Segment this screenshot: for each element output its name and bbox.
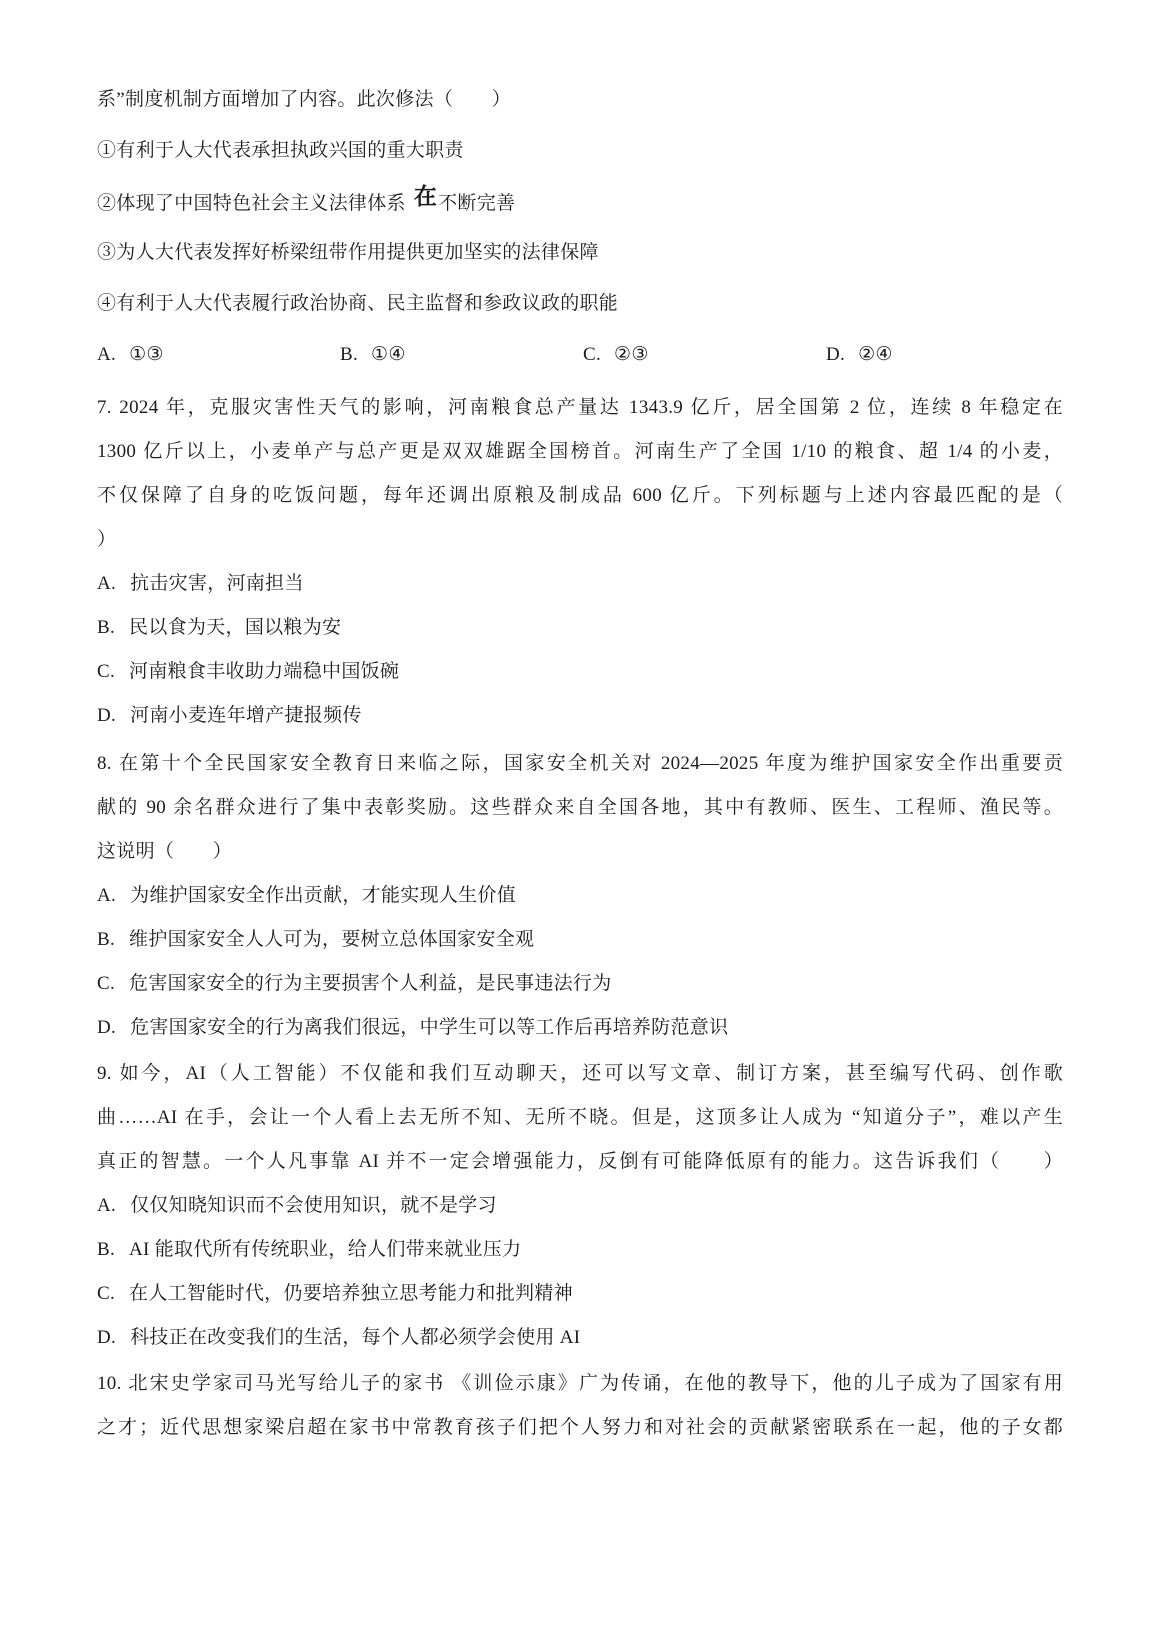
statement-2-pre: ②体现了中国特色社会主义法律体系 [97,193,406,214]
option-text: 抗击灾害，河南担当 [130,573,304,594]
choice-text: ①④ [371,344,406,365]
option-letter: C. [97,1272,115,1316]
question-7-option-c: C.河南粮食丰收助力端稳中国饭碗 [97,650,1063,694]
choice-text: ②③ [614,344,649,365]
question-6-statement-4: ④有利于人大代表履行政治协商、民主监督和参政议政的职能 [97,278,1063,329]
statement-2-post: 不断完善 [438,193,515,214]
option-text: 河南小麦连年增产捷报频传 [130,705,362,726]
question-7: 7. 2024 年，克服灾害性天气的影响，河南粮食总产量达 1343.9 亿斤，… [97,386,1063,738]
option-letter: A. [97,1184,116,1228]
option-text: 在人工智能时代，仍要培养独立思考能力和批判精神 [129,1283,573,1304]
option-text: 河南粮食丰收助力端稳中国饭碗 [129,661,399,682]
option-text: 仅仅知晓知识而不会使用知识，就不是学习 [130,1195,497,1216]
choice-text: ①③ [129,344,164,365]
question-9-option-c: C.在人工智能时代，仍要培养独立思考能力和批判精神 [97,1272,1063,1316]
question-8-option-d: D.危害国家安全的行为离我们很远，中学生可以等工作后再培养防范意识 [97,1006,1063,1050]
question-9-stem-line-3: 真正的智慧。一个人凡事靠 AI 并不一定会增强能力，反倒有可能降低原有的能力。这… [97,1140,1063,1184]
question-9: 9. 如今，AI（人工智能）不仅能和我们互动聊天，还可以写文章、制订方案，甚至编… [97,1052,1063,1360]
statement-2-emphasis-char: 在 [414,184,437,209]
option-letter: B. [97,1228,115,1272]
question-8-option-a: A.为维护国家安全作出贡献，才能实现人生价值 [97,874,1063,918]
option-text: 为维护国家安全作出贡献，才能实现人生价值 [130,885,516,906]
choice-letter: A. [97,329,116,380]
question-7-stem-line-3: 不仅保障了自身的吃饭问题，每年还调出原粮及制成品 600 亿斤。下列标题与上述内… [97,474,1063,518]
question-6-statement-2: ②体现了中国特色社会主义法律体系在不断完善 [97,176,1063,227]
question-7-option-d: D.河南小麦连年增产捷报频传 [97,694,1063,738]
question-8-stem-line-1: 8. 在第十个全民国家安全教育日来临之际，国家安全机关对 2024—2025 年… [97,742,1063,786]
choice-letter: B. [340,329,358,380]
question-8-stem-line-2: 献的 90 余名群众进行了集中表彰奖励。这些群众来自全国各地，其中有教师、医生、… [97,786,1063,830]
option-text: AI 能取代所有传统职业，给人们带来就业压力 [129,1239,521,1260]
question-9-stem-line-2: 曲……AI 在手，会让一个人看上去无所不知、无所不晓。但是，这顶多让人成为 “知… [97,1096,1063,1140]
question-7-stem-line-4: ） [97,518,1063,562]
question-8-option-b: B.维护国家安全人人可为，要树立总体国家安全观 [97,918,1063,962]
option-letter: A. [97,562,116,606]
option-text: 维护国家安全人人可为，要树立总体国家安全观 [129,929,534,950]
choice-letter: C. [583,329,601,380]
option-letter: C. [97,650,115,694]
question-10-stem-line-2: 之才；近代思想家梁启超在家书中常教育孩子们把个人努力和对社会的贡献紧密联系在一起… [97,1406,1063,1450]
question-9-option-d: D.科技正在改变我们的生活，每个人都必须学会使用 AI [97,1316,1063,1360]
question-6-statement-3: ③为人大代表发挥好桥梁纽带作用提供更加坚实的法律保障 [97,227,1063,278]
question-9-option-b: B.AI 能取代所有传统职业，给人们带来就业压力 [97,1228,1063,1272]
option-letter: A. [97,874,116,918]
question-10-start: 10. 北宋史学家司马光写给儿子的家书 《训俭示康》广为传诵，在他的教导下，他的… [97,1362,1063,1450]
question-6-choice-b: B.①④ [340,329,583,380]
question-9-stem-line-1: 9. 如今，AI（人工智能）不仅能和我们互动聊天，还可以写文章、制订方案，甚至编… [97,1052,1063,1096]
option-text: 危害国家安全的行为离我们很远，中学生可以等工作后再培养防范意识 [130,1017,728,1038]
question-6-tail: 系”制度机制方面增加了内容。此次修法（ ） ①有利于人大代表承担执政兴国的重大职… [97,74,1063,380]
question-6-choice-d: D.②④ [826,329,893,380]
option-text: 民以食为天，国以粮为安 [129,617,341,638]
option-letter: D. [97,694,116,738]
option-letter: B. [97,606,115,650]
question-8-stem-line-3: 这说明（ ） [97,830,1063,874]
choice-letter: D. [826,329,845,380]
choice-text: ②④ [858,344,893,365]
option-text: 科技正在改变我们的生活，每个人都必须学会使用 AI [130,1327,580,1348]
option-letter: D. [97,1006,116,1050]
question-9-option-a: A.仅仅知晓知识而不会使用知识，就不是学习 [97,1184,1063,1228]
question-7-stem-line-1: 7. 2024 年，克服灾害性天气的影响，河南粮食总产量达 1343.9 亿斤，… [97,386,1063,430]
question-6-choice-c: C.②③ [583,329,826,380]
question-6-stem-continuation: 系”制度机制方面增加了内容。此次修法（ ） [97,74,1063,125]
option-letter: B. [97,918,115,962]
question-6-choice-a: A.①③ [97,329,340,380]
question-10-stem-line-1: 10. 北宋史学家司马光写给儿子的家书 《训俭示康》广为传诵，在他的教导下，他的… [97,1362,1063,1406]
question-6-statement-1: ①有利于人大代表承担执政兴国的重大职责 [97,125,1063,176]
exam-document-page: 系”制度机制方面增加了内容。此次修法（ ） ①有利于人大代表承担执政兴国的重大职… [0,0,1158,1638]
question-7-stem-line-2: 1300 亿斤以上，小麦单产与总产更是双双雄踞全国榜首。河南生产了全国 1/10… [97,430,1063,474]
option-letter: D. [97,1316,116,1360]
option-text: 危害国家安全的行为主要损害个人利益，是民事违法行为 [129,973,612,994]
question-7-option-a: A.抗击灾害，河南担当 [97,562,1063,606]
option-letter: C. [97,962,115,1006]
question-8: 8. 在第十个全民国家安全教育日来临之际，国家安全机关对 2024—2025 年… [97,742,1063,1050]
question-8-option-c: C.危害国家安全的行为主要损害个人利益，是民事违法行为 [97,962,1063,1006]
question-7-option-b: B.民以食为天，国以粮为安 [97,606,1063,650]
question-6-choices-row: A.①③B.①④C.②③D.②④ [97,329,1063,380]
